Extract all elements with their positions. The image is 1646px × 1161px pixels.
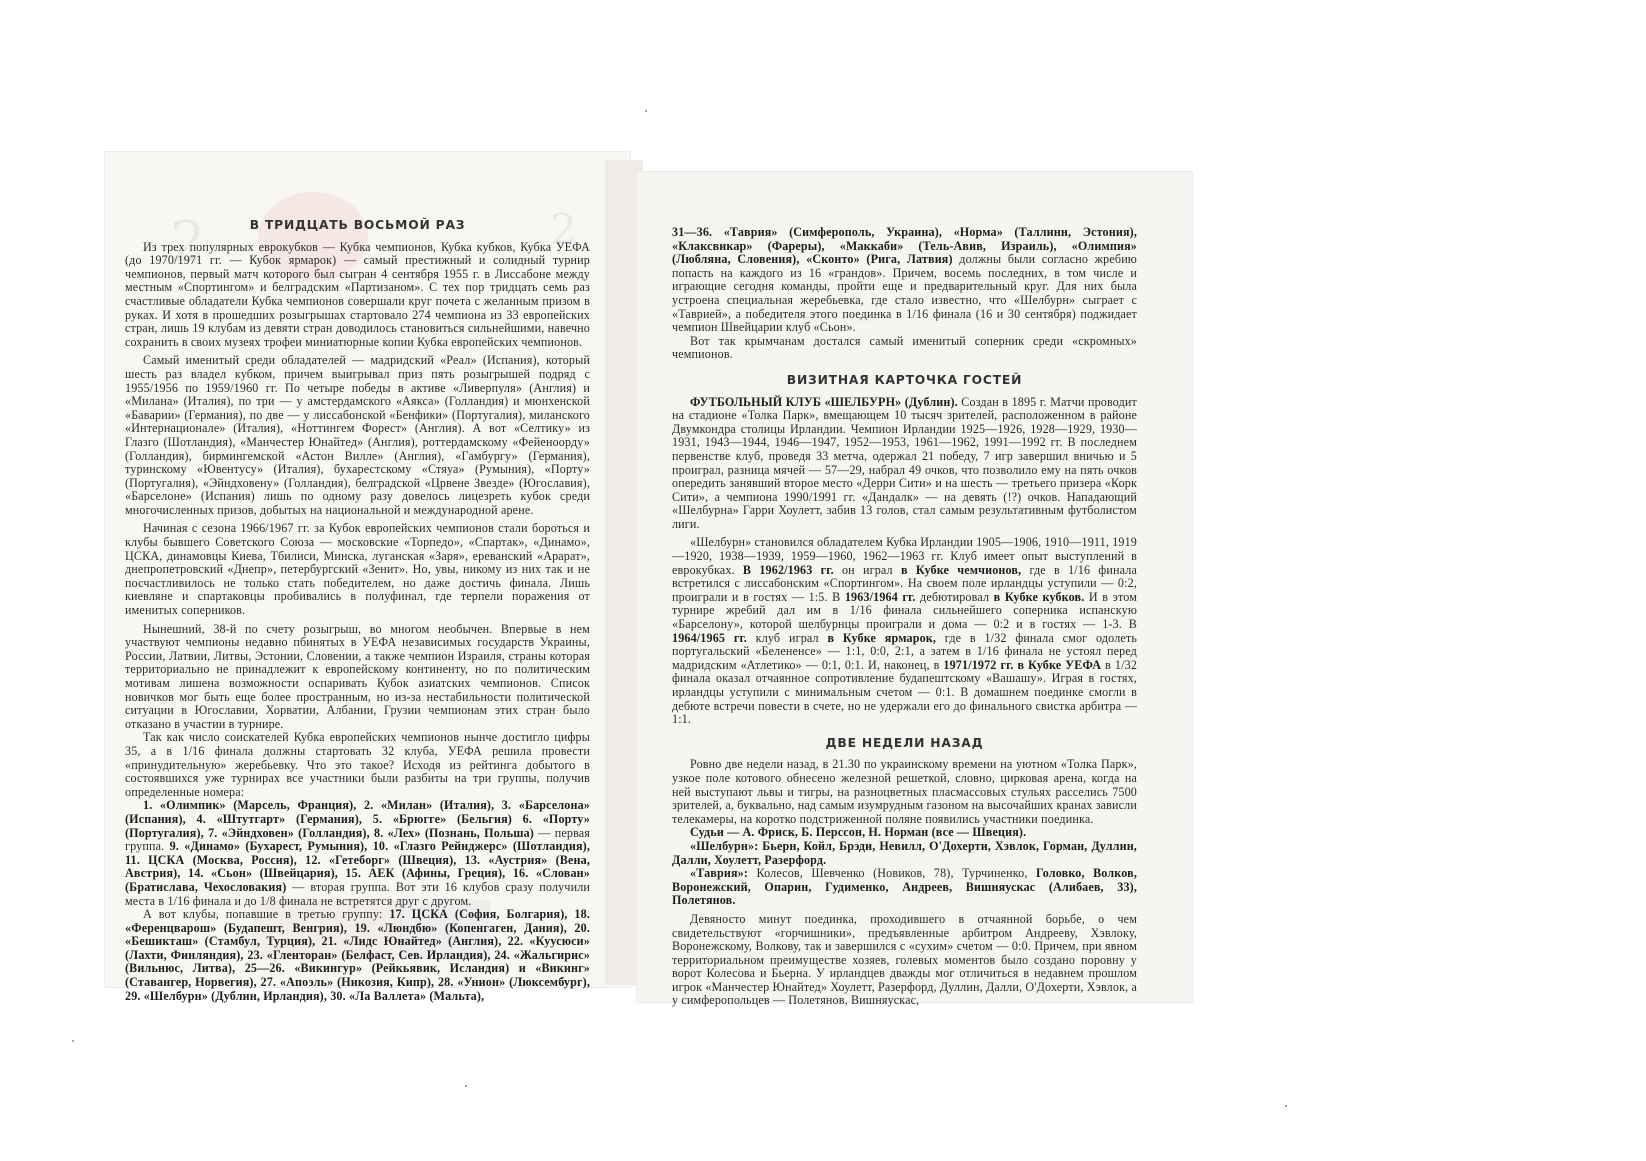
paragraph: Из трех популярных еврокубков — Кубка че… [125, 241, 590, 350]
lineup-shelbourne: «Шелбурн»: Бьерн, Койл, Брэди, Невилл, О… [672, 840, 1137, 867]
referees: Судьи — А. Фриск, Б. Перссон, Н. Норман … [672, 826, 1137, 840]
paragraph: Так как число соискателей Кубка европейс… [125, 731, 590, 799]
scan-speck [645, 110, 647, 112]
paragraph: Самый именитый среди обладателей — мадри… [125, 354, 590, 517]
scan-speck [1285, 1105, 1287, 1107]
lineup-tavria: «Таврия»: Колесов, Шевченко (Новиков, 78… [672, 867, 1137, 908]
paragraph: Вот так крымчанам достался самый имениты… [672, 335, 1137, 362]
scan-speck [465, 1085, 467, 1087]
section-title-two-weeks: ДВЕ НЕДЕЛИ НАЗАД [672, 737, 1137, 751]
third-group-list: А вот клубы, попавшие в третью группу: 1… [125, 908, 590, 1003]
right-article: 31—36. «Таврия» (Симферополь, Украина), … [672, 226, 1137, 1008]
paragraph: Нынешний, 38-й по счету розыгрыш, во мно… [125, 623, 590, 732]
article-title: В ТРИДЦАТЬ ВОСЬМОЙ РАЗ [125, 219, 590, 233]
left-article: В ТРИДЦАТЬ ВОСЬМОЙ РАЗ Из трех популярны… [125, 215, 590, 1003]
club-profile: ФУТБОЛЬНЫЙ КЛУБ «ШЕЛБУРН» (Дублин). Созд… [672, 396, 1137, 532]
scan-speck [72, 1040, 74, 1042]
club-history: «Шелбурн» становился обладателем Кубка И… [672, 536, 1137, 726]
paragraph: Начиная с сезона 1966/1967 гг. за Кубок … [125, 522, 590, 617]
section-title-visitors: ВИЗИТНАЯ КАРТОЧКА ГОСТЕЙ [672, 374, 1137, 388]
group-list: 1. «Олимпик» (Марсель, Франция), 2. «Мил… [125, 799, 590, 908]
match-report: Девяносто минут поединка, проходившего в… [672, 913, 1137, 1008]
group-list-continuation: 31—36. «Таврия» (Симферополь, Украина), … [672, 226, 1137, 335]
match-intro: Ровно две недели назад, в 21.30 по украи… [672, 758, 1137, 826]
